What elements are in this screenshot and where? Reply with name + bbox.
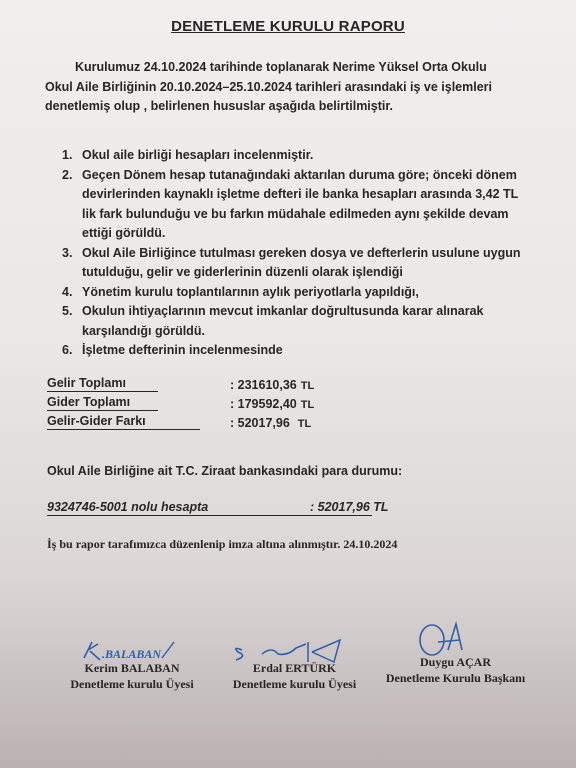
expense-label: Gider Toplamı [47, 395, 158, 411]
item-text: Geçen Dönem hesap tutanağındaki aktarıla… [82, 168, 518, 241]
signatory-role: Denetleme Kurulu Başkanı [378, 670, 533, 686]
item-number: 4. [62, 283, 72, 303]
item-text: Yönetim kurulu toplantılarının aylık per… [82, 285, 419, 299]
list-item: 4.Yönetim kurulu toplantılarının aylık p… [62, 283, 522, 303]
account-balance: : 52017,96 TL [310, 499, 389, 515]
expense-value: : 179592,40TL [230, 395, 314, 415]
signatory-1: .BALABAN Kerim BALABAN Denetleme kurulu … [62, 660, 202, 692]
svg-text:.BALABAN: .BALABAN [102, 647, 162, 661]
income-label: Gelir Toplamı [47, 376, 158, 392]
item-number: 5. [62, 302, 72, 322]
signatory-2: Erdal ERTÜRK Denetleme kurulu Üyesi [222, 660, 367, 692]
item-text: Okul Aile Birliğince tutulması gereken d… [82, 246, 521, 280]
signature-icon [222, 638, 367, 664]
amount: : 231610,36 [230, 378, 297, 392]
item-text: Okulun ihtiyaçlarının mevcut imkanlar do… [82, 304, 484, 338]
signatory-role: Denetleme kurulu Üyesi [222, 676, 367, 692]
list-item: 5.Okulun ihtiyaçlarının mevcut imkanlar … [62, 302, 522, 341]
item-number: 1. [62, 146, 72, 166]
signatory-role: Denetleme kurulu Üyesi [62, 676, 202, 692]
closing-statement: İş bu rapor tarafımızca düzenlenip imza … [47, 537, 397, 552]
bank-heading: Okul Aile Birliğine ait T.C. Ziraat bank… [47, 464, 402, 478]
item-text: Okul aile birliği hesapları incelenmişti… [82, 148, 313, 162]
currency: TL [298, 418, 311, 430]
amount: : 52017,96 [230, 416, 290, 430]
list-item: 1.Okul aile birliği hesapları incelenmiş… [62, 146, 522, 166]
intro-paragraph: Kurulumuz 24.10.2024 tarihinde toplanara… [45, 58, 515, 117]
item-number: 2. [62, 166, 72, 186]
document-title: DENETLEME KURULU RAPORU [0, 18, 576, 35]
item-number: 6. [62, 341, 72, 361]
difference-label: Gelir-Gider Farkı [47, 414, 200, 430]
account-label: 9324746-5001 nolu hesapta [47, 500, 208, 514]
findings-list: 1.Okul aile birliği hesapları incelenmiş… [62, 146, 522, 361]
document-page: DENETLEME KURULU RAPORU Kurulumuz 24.10.… [0, 0, 576, 768]
list-item: 6.İşletme defterinin incelenmesinde [62, 341, 522, 361]
signature-icon: .BALABAN [62, 638, 202, 664]
list-item: 2.Geçen Dönem hesap tutanağındaki aktarı… [62, 166, 522, 244]
currency: TL [301, 399, 314, 411]
income-value: : 231610,36TL [230, 376, 314, 396]
item-text: İşletme defterinin incelenmesinde [82, 343, 283, 357]
amount: : 179592,40 [230, 397, 297, 411]
list-item: 3.Okul Aile Birliğince tutulması gereken… [62, 244, 522, 283]
currency: TL [301, 380, 314, 392]
difference-value: : 52017,96TL [230, 414, 311, 434]
intro-text: Kurulumuz 24.10.2024 tarihinde toplanara… [45, 60, 492, 113]
signatory-3: Duygu AÇAR Denetleme Kurulu Başkanı [378, 654, 533, 686]
account-line: 9324746-5001 nolu hesapta : 52017,96 TL [47, 499, 372, 516]
item-number: 3. [62, 244, 72, 264]
signature-icon [378, 620, 533, 658]
